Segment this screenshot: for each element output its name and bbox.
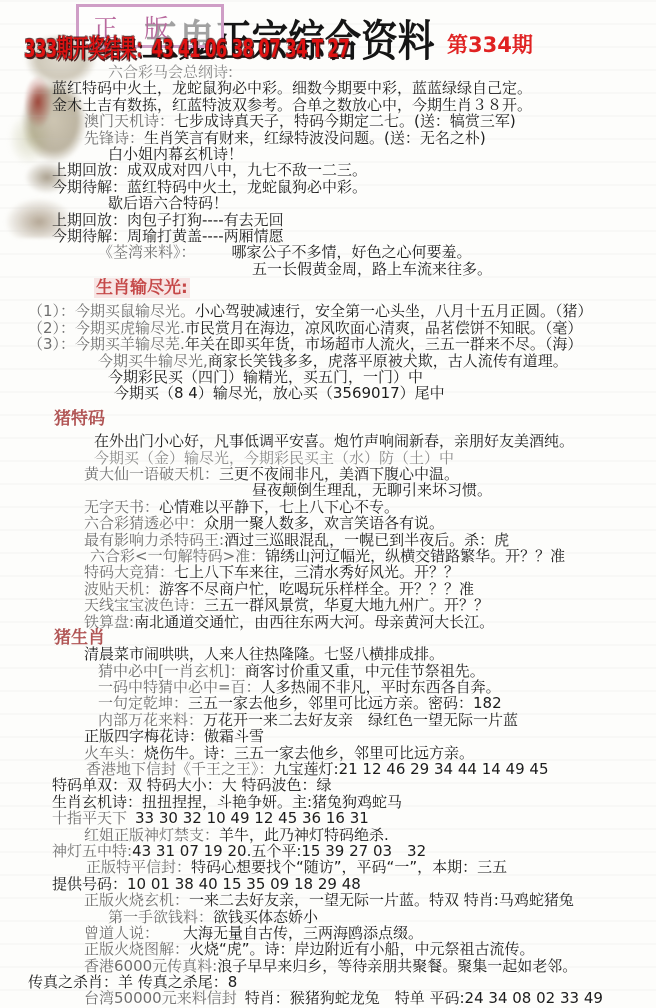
doc-line-text: 特肖：猴猪狗蛇龙兔 特单 平码:24 34 08 02 33 49 — [245, 989, 603, 1007]
doc-line: 今期待解：周瑜打黄盖----两厢情愿 — [0, 228, 656, 244]
doc-line: 提供号码：10 01 38 40 15 35 09 18 29 48 — [0, 876, 656, 892]
doc-line-label: 猜中必中[一肖玄机]： — [98, 662, 245, 680]
doc-line-text: 烧伤牛。诗：三五一家去他乡，邻里可比远方亲。 — [144, 744, 474, 762]
doc-line-text: 上期回放：肉包子打狗----有去无回 — [52, 211, 284, 229]
doc-line: 在外出门小心好，凡事低调平安喜。炮竹声响闹新春，亲朋好友美酒纯。 — [0, 433, 656, 449]
doc-line: 神灯五中特:43 31 07 19 20.五个平:15 39 27 03 32 — [0, 843, 656, 859]
doc-line-label: 天线宝宝波色诗： — [84, 596, 204, 614]
doc-line: 蓝红特码中火土，龙蛇鼠狗必中彩。细数今期要中彩，蓝蓝绿绿自己定。 — [0, 80, 656, 96]
doc-line: 先锋诗：生肖笑言有财来，红绿特波没问题。(送：无名之朴) — [0, 130, 656, 146]
doc-line-text: 生肖笑言有财来，红绿特波没问题。(送：无名之朴) — [144, 129, 486, 147]
doc-line-text: 羊牛，此乃神灯特码绝杀. — [219, 826, 389, 844]
doc-line-text: 人多热闹不非凡，平时东西各自奔。 — [261, 678, 501, 696]
doc-line-text: 提供号码：10 01 38 40 15 35 09 18 29 48 — [52, 875, 361, 893]
doc-line: 特码单双：双 特码大小：大 特码波色：绿 — [0, 777, 656, 793]
doc-line-label: 十指平天下 — [52, 809, 127, 827]
doc-line-label: 正版火烧玄机： — [84, 891, 189, 909]
doc-line-label: 无字天书： — [84, 498, 159, 516]
doc-line-text: 六合彩马会总纲诗: — [108, 63, 233, 81]
doc-line-label: 一码中特猜中必中=百： — [98, 678, 261, 696]
lottery-info-sheet: 正版 五鬼正宗综合资料 第334期 333期开奖结果：43 41 06 38 0… — [0, 0, 656, 1008]
doc-line-label: 香港地下信封《千王之王》： — [86, 760, 274, 778]
doc-line-text: 在外出门小心好，凡事低调平安喜。炮竹声响闹新春，亲朋好友美酒纯。 — [94, 432, 574, 450]
doc-line: 一句定乾坤：三五一家去他乡，邻里可比远方亲。密码：182 — [0, 695, 656, 711]
doc-line-text: 七步成诗真天子，特码今期定二七。(送：犒赏三军) — [174, 112, 516, 130]
doc-line-label: 一句定乾坤： — [98, 694, 188, 712]
doc-line-label: 神灯五中特: — [52, 842, 132, 860]
doc-line: （2）：今期买虎输尽光.市民赏月在海边，凉风吹面心清爽，品茗偿饼不知眠。（毫） — [0, 320, 656, 336]
doc-line-text: 商客讨价重又重，中元佳节祭祖先。 — [245, 662, 485, 680]
doc-line: 十指平天下33 30 32 10 49 12 45 36 16 31 — [0, 810, 656, 826]
doc-line-label: 六合彩<一句解特码>准： — [90, 547, 265, 565]
doc-line: 火车头：烧伤牛。诗：三五一家去他乡，邻里可比远方亲。 — [0, 745, 656, 761]
doc-line: 传真之杀肖：羊 传真之杀尾：8 — [0, 974, 656, 990]
doc-line-text: 大海无量自古传，三两海鸥添点缀。 — [183, 924, 423, 942]
doc-line-label: 内部万花来料： — [98, 711, 203, 729]
doc-line-text: 金木土吉有数拣，红蓝特波双参考。合单之数放心中，今期生肖３８开。 — [52, 96, 532, 114]
doc-line: 一码中特猜中必中=百：人多热闹不非凡，平时东西各自奔。 — [0, 679, 656, 695]
doc-line-text: 一来二去好友亲，一望无际一片蓝。特双 特肖:马鸡蛇猪兔 — [189, 891, 574, 909]
doc-line-label: 先锋诗： — [84, 129, 144, 147]
doc-line: 昼夜颠倒生理乱，无聊引来坏习惯。 — [0, 482, 656, 498]
doc-line-label: 曾道人说： — [84, 924, 159, 942]
doc-line: 今期买（金）输尽光，今期彩民买主（水）防（土）中 — [0, 450, 656, 466]
doc-line-text: 酒过三巡眼混乱，一幌已到半夜后。杀：虎 — [224, 531, 509, 549]
doc-line: 台湾50000元来料信封特肖：猴猪狗蛇龙兔 特单 平码:24 34 08 02 … — [0, 990, 656, 1006]
doc-line-text: 正版四字梅花诗：傲霜斗雪 — [84, 727, 264, 745]
doc-line-label: 第一手欲钱料： — [108, 908, 213, 926]
doc-line-text: 南北通道交通忙，由西往东两大河。母亲黄河大长江。 — [134, 613, 494, 631]
doc-line-text: 清晨菜市闹哄哄，人来人往热隆隆。七竖八横排成排。 — [84, 645, 444, 663]
doc-line-label: 台湾50000元来料信封 — [84, 989, 237, 1007]
doc-line: 今期买（8 4）输尽光，放心买（3569017）尾中 — [0, 385, 656, 401]
doc-line-text: 锦绣山河辽幅光，纵横交错路繁华。开？？准 — [265, 547, 565, 565]
doc-line-label: 正版特平信封： — [86, 858, 191, 876]
doc-line: 今期买牛输尽光,商家长笑钱多多，虎落平原被犬欺，古人流传有道理。 — [0, 353, 656, 369]
doc-line-label: （1）：今期买鼠输尽光。 — [28, 302, 195, 320]
doc-line: 正版火烧图解：火烧“虎”。诗：岸边附近有小船，中元祭祖古流传。 — [0, 941, 656, 957]
doc-line-text: 三五一家去他乡，邻里可比远方亲。密码：182 — [188, 694, 502, 712]
doc-line-label: 《荃湾来料》： — [98, 243, 196, 261]
doc-line: 正版四字梅花诗：傲霜斗雪 — [0, 728, 656, 744]
doc-line-label: 六合彩猜透必中： — [84, 514, 204, 532]
doc-line-text: 心情难以平静下，七上八下心不专。 — [159, 498, 399, 516]
doc-line-text: 特码单双：双 特码大小：大 特码波色：绿 — [52, 776, 332, 794]
doc-line: 六合彩<一句解特码>准：锦绣山河辽幅光，纵横交错路繁华。开？？准 — [0, 548, 656, 564]
doc-line-text: 小心驾驶减速行，安全第一心头坐，八月十五月正圆。（猪） — [195, 302, 593, 320]
doc-line: 清晨菜市闹哄哄，人来人往热隆隆。七竖八横排成排。 — [0, 646, 656, 662]
doc-line-text: 歇后语六合特码！ — [108, 194, 228, 212]
doc-line: 香港6000元传真料:浪子早早来归乡，等待亲朋共聚餐。聚集一起如老邻。 — [0, 958, 656, 974]
doc-line: 曾道人说：大海无量自古传，三两海鸥添点缀。 — [0, 925, 656, 941]
doc-line-text: 今期彩民买（四门）输精光，买五门，一门）中 — [108, 368, 423, 386]
doc-line: 歇后语六合特码！ — [0, 195, 656, 211]
doc-line: 香港地下信封《千王之王》：九宝莲灯:21 12 46 29 34 44 14 4… — [0, 761, 656, 777]
doc-line-text: 猪特码 — [54, 409, 105, 429]
doc-line-text: 七上八下车来往，三清水秀好风光。开？？ — [174, 563, 459, 581]
doc-line: （1）：今期买鼠输尽光。小心驾驶减速行，安全第一心头坐，八月十五月正圆。（猪） — [0, 303, 656, 319]
doc-line-text: 火烧“虎”。诗：岸边附近有小船，中元祭祖古流传。 — [189, 940, 535, 958]
doc-line-text: 三五一群风景赏，华夏大地九州广。开？？ — [204, 596, 489, 614]
doc-line-text: 欲钱买体态娇小 — [213, 908, 318, 926]
doc-line: 波贴天机：游客不尽商户忙，吃喝玩乐样样全。开？？？准 — [0, 581, 656, 597]
doc-line-text: 生肖玄机诗：扭扭捏捏，斗艳争妍。主:猪兔狗鸡蛇马 — [52, 793, 402, 811]
doc-line: 生肖玄机诗：扭扭捏捏，斗艳争妍。主:猪兔狗鸡蛇马 — [0, 794, 656, 810]
doc-line: 猪特码 — [0, 411, 656, 427]
doc-line: 澳门天机诗：七步成诗真天子，特码今期定二七。(送：犒赏三军) — [0, 113, 656, 129]
doc-line-text: 蓝红特码中火土，龙蛇鼠狗必中彩。细数今期要中彩，蓝蓝绿绿自己定。 — [52, 79, 532, 97]
doc-line: 猪生肖 — [0, 630, 656, 646]
doc-line-text: 白小姐内幕玄机诗！ — [108, 145, 243, 163]
doc-line-label: 特码大竞猜： — [84, 563, 174, 581]
doc-line-text: 五一长假黄金周，路上车流来往多。 — [252, 260, 492, 278]
doc-line-text: 游客不尽商户忙，吃喝玩乐样样全。开？？？准 — [159, 580, 474, 598]
doc-line-text: 43 31 07 19 20.五个平:15 39 27 03 32 — [132, 842, 426, 860]
doc-line-label: 火车头： — [84, 744, 144, 762]
doc-line: 五一长假黄金周，路上车流来往多。 — [0, 261, 656, 277]
doc-line-label: （3）：今期买羊输尽芜. — [28, 335, 185, 353]
doc-line-text: 哪家公子不多情，好色之心何要羞。 — [232, 243, 472, 261]
doc-line-text: 浪子早早来归乡，等待亲朋共聚餐。聚集一起如老邻。 — [217, 957, 577, 975]
doc-line: 六合彩马会总纲诗: — [0, 64, 656, 80]
doc-line-label: 波贴天机： — [84, 580, 159, 598]
doc-line: 正版火烧玄机：一来二去好友亲，一望无际一片蓝。特双 特肖:马鸡蛇猪兔 — [0, 892, 656, 908]
doc-line-text: 33 30 32 10 49 12 45 36 16 31 — [135, 809, 369, 827]
doc-line: 上期回放：成双成对四八中，九七不敌一二三。 — [0, 162, 656, 178]
doc-line-text: 今期买（金）输尽光，今期彩民买主（水）防（土）中 — [94, 449, 454, 467]
doc-line-text: 生肖输尽光: — [94, 278, 190, 298]
doc-line-label: 澳门天机诗： — [84, 112, 174, 130]
doc-line: 生肖输尽光: — [0, 280, 656, 296]
doc-line: 黄大仙一语破天机：三更不夜闹非凡，美酒下腹心中温。 — [0, 466, 656, 482]
doc-line: 上期回放：肉包子打狗----有去无回 — [0, 212, 656, 228]
doc-line-text: 众朋一聚人数多，欢言笑语各有说。 — [204, 514, 444, 532]
doc-line: 六合彩猜透必中：众朋一聚人数多，欢言笑语各有说。 — [0, 515, 656, 531]
doc-line: 猜中必中[一肖玄机]：商客讨价重又重，中元佳节祭祖先。 — [0, 663, 656, 679]
doc-line: 金木土吉有数拣，红蓝特波双参考。合单之数放心中，今期生肖３８开。 — [0, 97, 656, 113]
doc-line-label: 黄大仙一语破天机： — [84, 465, 219, 483]
doc-line: 今期待解：蓝红特码中火土，龙蛇鼠狗必中彩。 — [0, 179, 656, 195]
doc-line-text: 特码心想要找个“随访”，平码“一”，本期：三五 — [191, 858, 507, 876]
doc-line: 今期彩民买（四门）输精光，买五门，一门）中 — [0, 369, 656, 385]
doc-line-label: 今期买牛输尽光, — [98, 352, 208, 370]
doc-line-label: 最有影响力杀特码王: — [84, 531, 224, 549]
doc-line: 无字天书：心情难以平静下，七上八下心不专。 — [0, 499, 656, 515]
issue-number: 第334期 — [447, 29, 533, 59]
doc-line-text: 上期回放：成双成对四八中，九七不敌一二三。 — [52, 161, 367, 179]
doc-line-text: 今期待解：蓝红特码中火土，龙蛇鼠狗必中彩。 — [52, 178, 367, 196]
doc-line: 第一手欲钱料：欲钱买体态娇小 — [0, 909, 656, 925]
doc-line-text: 传真之杀肖：羊 传真之杀尾：8 — [28, 973, 237, 991]
doc-line: 正版特平信封：特码心想要找个“随访”，平码“一”，本期：三五 — [0, 859, 656, 875]
doc-line: 红姐正版神灯禁支：羊牛，此乃神灯特码绝杀. — [0, 827, 656, 843]
document-lines: 六合彩马会总纲诗:蓝红特码中火土，龙蛇鼠狗必中彩。细数今期要中彩，蓝蓝绿绿自己定… — [0, 64, 656, 1007]
doc-line-text: 今期买（8 4）输尽光，放心买（3569017）尾中 — [114, 384, 445, 402]
doc-line: 白小姐内幕玄机诗！ — [0, 146, 656, 162]
doc-line-text: 年关在即买年货，市场超市人流火，三五一群来不尽。（海） — [185, 335, 583, 353]
doc-line: 特码大竞猜：七上八下车来往，三清水秀好风光。开？？ — [0, 564, 656, 580]
doc-line-text: 万花开一来二去好友亲 绿红色一望无际一片蓝 — [203, 711, 518, 729]
doc-line-text: 三更不夜闹非凡，美酒下腹心中温。 — [219, 465, 459, 483]
draw-result-banner: 333期开奖结果：43 41 06 38 07 34 T 27 — [24, 29, 349, 65]
doc-line: （3）：今期买羊输尽芜.年关在即买年货，市场超市人流火，三五一群来不尽。（海） — [0, 336, 656, 352]
doc-line-label: 红姐正版神灯禁支： — [84, 826, 219, 844]
doc-line-text: 昼夜颠倒生理乱，无聊引来坏习惯。 — [252, 481, 492, 499]
doc-line-text: 九宝莲灯:21 12 46 29 34 44 14 49 45 — [274, 760, 549, 778]
doc-line-text: 市民赏月在海边，凉风吹面心清爽，品茗偿饼不知眠。（毫） — [185, 319, 583, 337]
doc-line-text: 今期待解：周瑜打黄盖----两厢情愿 — [52, 227, 284, 245]
doc-line-label: （2）：今期买虎输尽光. — [28, 319, 185, 337]
doc-line-label: 正版火烧图解： — [84, 940, 189, 958]
doc-line-label: 香港6000元传真料: — [84, 957, 217, 975]
doc-line-text: 商家长笑钱多多，虎落平原被犬欺，古人流传有道理。 — [208, 352, 568, 370]
doc-line: 天线宝宝波色诗：三五一群风景赏，华夏大地九州广。开？？ — [0, 597, 656, 613]
doc-line: 内部万花来料：万花开一来二去好友亲 绿红色一望无际一片蓝 — [0, 712, 656, 728]
doc-line: 最有影响力杀特码王:酒过三巡眼混乱，一幌已到半夜后。杀：虎 — [0, 532, 656, 548]
doc-line: 《荃湾来料》：哪家公子不多情，好色之心何要羞。 — [0, 244, 656, 260]
